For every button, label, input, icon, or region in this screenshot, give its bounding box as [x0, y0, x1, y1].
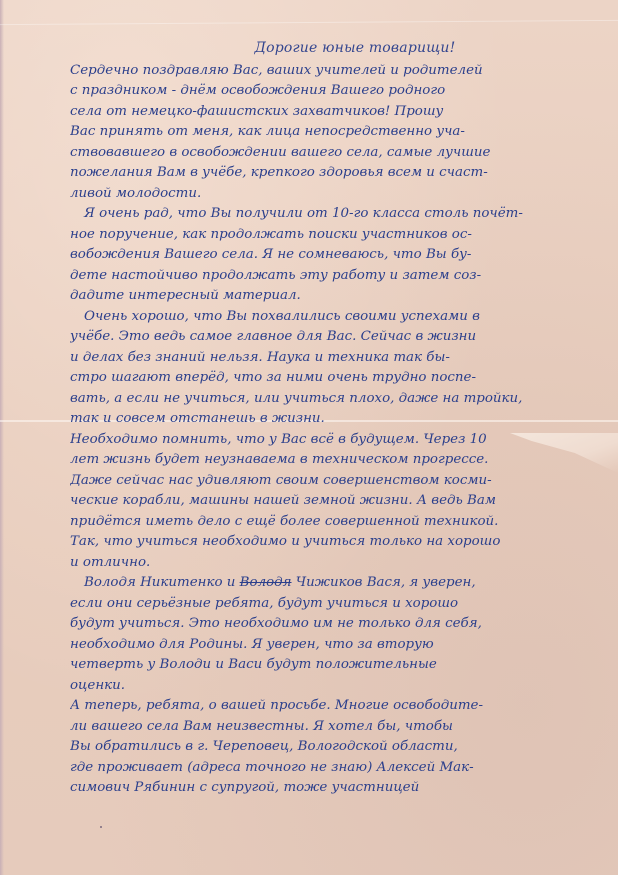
text-line: и отлично.: [70, 553, 600, 574]
text-line: придётся иметь дело с ещё более совершен…: [70, 512, 600, 533]
paper-speck: [100, 826, 102, 828]
letter-salutation: Дорогие юные товарищи!: [110, 38, 600, 59]
letter-paper: Дорогие юные товарищи! Сердечно поздравл…: [0, 0, 618, 875]
text-line: дадите интересный материал.: [70, 286, 600, 307]
text-line: где проживает (адреса точного не знаю) А…: [70, 758, 600, 779]
text-line: Очень хорошо, что Вы похвалились своими …: [70, 307, 600, 328]
text-line: вобождения Вашего села. Я не сомневаюсь,…: [70, 245, 600, 266]
paragraph-request: А теперь, ребята, о вашей просьбе. Многи…: [70, 696, 600, 799]
paper-edge: [0, 0, 4, 875]
letter-body: Дорогие юные товарищи! Сердечно поздравл…: [70, 38, 600, 799]
text-line: села от немецко-фашистских захватчиков! …: [70, 102, 600, 123]
text-line: ствовавшего в освобождении вашего села, …: [70, 143, 600, 164]
text-line: ческие корабли, машины нашей земной жизн…: [70, 491, 600, 512]
text-line: необходимо для Родины. Я уверен, что за …: [70, 635, 600, 656]
text-line: А теперь, ребята, о вашей просьбе. Многи…: [70, 696, 600, 717]
text-line: Я очень рад, что Вы получили от 10-го кл…: [70, 204, 600, 225]
text-line: Вы обратились в г. Череповец, Вологодско…: [70, 737, 600, 758]
paragraph-future: Необходимо помнить, что у Вас всё в буду…: [70, 430, 600, 574]
text-line: будут учиться. Это необходимо им не толь…: [70, 614, 600, 635]
text-line: пожелания Вам в учёбе, крепкого здоровья…: [70, 163, 600, 184]
text-line: Сердечно поздравляю Вас, ваших учителей …: [70, 61, 600, 82]
text-line: с праздником - днём освобождения Вашего …: [70, 81, 600, 102]
text-line: учёбе. Это ведь самое главное для Вас. С…: [70, 327, 600, 348]
paragraph-search-task: Я очень рад, что Вы получили от 10-го кл…: [70, 204, 600, 307]
text-line: так и совсем отстанешь в жизни.: [70, 409, 600, 430]
text-line: Необходимо помнить, что у Вас всё в буду…: [70, 430, 600, 451]
paper-fold-line: [0, 20, 618, 25]
text-line: ливой молодости.: [70, 184, 600, 205]
text-line: Володя Никитенко и Володя Чижиков Вася, …: [70, 573, 600, 594]
paragraph-study: Очень хорошо, что Вы похвалились своими …: [70, 307, 600, 430]
text-line: симович Рябинин с супругой, тоже участни…: [70, 778, 600, 799]
struck-word: Володя: [240, 575, 292, 590]
text-line: четверть у Володи и Васи будут положител…: [70, 655, 600, 676]
text-line: ное поручение, как продолжать поиски уча…: [70, 225, 600, 246]
text-line: лет жизнь будет неузнаваема в техническо…: [70, 450, 600, 471]
text-line: и делах без знаний нельзя. Наука и техни…: [70, 348, 600, 369]
text-line: Вас принять от меня, как лица непосредст…: [70, 122, 600, 143]
paragraph-greeting: Сердечно поздравляю Вас, ваших учителей …: [70, 61, 600, 205]
text-line: Даже сейчас нас удивляют своим совершенс…: [70, 471, 600, 492]
text-line: Так, что учиться необходимо и учиться то…: [70, 532, 600, 553]
text-line: если они серьёзные ребята, будут учиться…: [70, 594, 600, 615]
text-line: вать, а если не учиться, или учиться пло…: [70, 389, 600, 410]
text-line: дете настойчиво продолжать эту работу и …: [70, 266, 600, 287]
text-line: оценки.: [70, 676, 600, 697]
paragraph-students: Володя Никитенко и Володя Чижиков Вася, …: [70, 573, 600, 696]
text-line: стро шагают вперёд, что за ними очень тр…: [70, 368, 600, 389]
text-line: ли вашего села Вам неизвестны. Я хотел б…: [70, 717, 600, 738]
